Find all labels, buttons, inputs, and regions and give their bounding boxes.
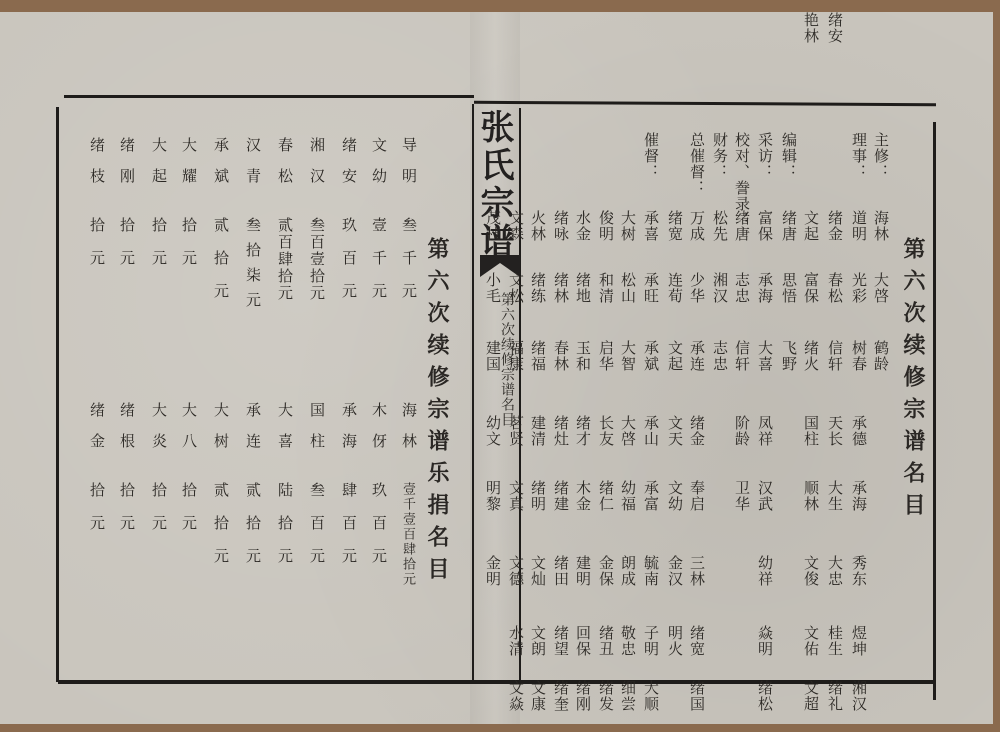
donor-name: 绪枝 (89, 137, 104, 199)
member-name: 富保 (757, 210, 772, 242)
donation-amount: 玖百元 (371, 482, 386, 581)
member-name: 绪地 (575, 272, 590, 304)
member-name: 绪宽 (689, 625, 704, 657)
member-name: 文朗 (530, 625, 545, 657)
member-name: 承连 (689, 340, 704, 372)
member-name: 子明 (643, 625, 658, 657)
donor-name: 国柱 (309, 402, 324, 464)
member-name: 金明 (485, 555, 500, 587)
member-name: 绪咏 (553, 210, 568, 242)
member-name: 福康 (508, 340, 523, 372)
member-name: 承德 (851, 415, 866, 447)
roster-column: 大树松山大智大啓幼福朗成敬忠细尝 (617, 12, 639, 712)
roster-column: 绪金春松信轩天长大生大忠桂生绪礼绪安 (824, 12, 846, 712)
member-name: 鹤龄 (873, 340, 888, 372)
member-name: 松先 (712, 210, 727, 242)
member-name: 大树 (620, 210, 635, 242)
member-name: 和清 (598, 272, 613, 304)
member-name: 松山 (620, 272, 635, 304)
member-name: 幼文 (485, 415, 500, 447)
member-name: 志忠 (712, 340, 727, 372)
member-name: 文焱 (508, 680, 523, 712)
member-name: 富保 (803, 272, 818, 304)
donation-amount: 拾元 (181, 217, 196, 283)
member-name: 绪望 (553, 625, 568, 657)
donor-name: 大耀 (181, 137, 196, 199)
member-name: 大啓 (620, 415, 635, 447)
member-name: 绪唐 (781, 210, 796, 242)
member-name: 水金 (575, 210, 590, 242)
member-name: 大生 (827, 480, 842, 512)
member-name: 文佑 (803, 625, 818, 657)
roster-column: 总催督：万成少华承连绪金奉启三林绪宽绪国 (686, 12, 708, 712)
member-name: 绪才 (575, 415, 590, 447)
donor-name: 大八 (181, 402, 196, 464)
member-name: 湘汉 (851, 680, 866, 712)
member-name: 文起 (667, 340, 682, 372)
right-page-heading: 第六次续修宗谱名目 (902, 237, 924, 525)
member-name: 长友 (598, 415, 613, 447)
donation-amount: 贰拾元 (245, 482, 260, 581)
member-name: 绪宽 (667, 210, 682, 242)
donor-name: 木伢 (371, 402, 386, 464)
donation-entry: 承连贰拾元 (242, 402, 264, 662)
member-name: 大啓 (873, 272, 888, 304)
member-name: 文灿 (530, 555, 545, 587)
donor-name: 导明 (401, 137, 416, 199)
member-name: 建国 (485, 340, 500, 372)
donation-amount: 肆百元 (341, 482, 356, 581)
member-name: 信轩 (734, 340, 749, 372)
role-label: 催督： (643, 132, 658, 180)
role-label: 理事： (851, 132, 866, 180)
donor-name: 绪安 (341, 137, 356, 199)
donation-entry: 承海肆百元 (338, 402, 360, 662)
donation-entry: 承斌贰拾元 (210, 137, 232, 397)
member-name: 春林 (553, 340, 568, 372)
member-name: 道明 (851, 210, 866, 242)
donor-name: 大树 (213, 402, 228, 464)
roster-column: 水金绪地玉和绪才木金建明回保绪刚 (572, 12, 594, 712)
donation-entry: 大耀拾元 (178, 137, 200, 397)
donation-entry: 大八拾元 (178, 402, 200, 662)
member-name: 绪练 (530, 272, 545, 304)
member-name: 绪火 (803, 340, 818, 372)
donation-amount: 叁拾柒元 (245, 217, 260, 317)
donor-name: 承连 (245, 402, 260, 464)
left-page-heading: 第六次续修宗谱乐捐名目 (426, 237, 448, 589)
member-name: 绪丑 (598, 625, 613, 657)
member-name: 水清 (508, 625, 523, 657)
top-border-left (64, 95, 474, 98)
member-name: 绪发 (598, 680, 613, 712)
member-name: 承富 (643, 480, 658, 512)
member-name: 煜坤 (851, 625, 866, 657)
roster-column: 火林绪练绪福建清绪明文灿文朗文康 (527, 12, 549, 712)
donor-name: 绪根 (119, 402, 134, 464)
member-name: 承喜 (643, 210, 658, 242)
member-name: 文康 (530, 680, 545, 712)
member-name: 奉启 (689, 480, 704, 512)
donation-amount: 叁千元 (401, 217, 416, 316)
donation-amount: 陆拾元 (277, 482, 292, 581)
member-name: 海林 (873, 210, 888, 242)
member-name: 文超 (803, 680, 818, 712)
member-name: 大喜 (757, 340, 772, 372)
donation-entry: 绪枝拾元 (86, 137, 108, 397)
member-name: 艳林 (803, 12, 818, 44)
donation-amount: 叁百壹拾元 (309, 217, 324, 302)
donor-name: 绪刚 (119, 137, 134, 199)
role-label: 采访： (757, 132, 772, 180)
donation-entry: 绪刚拾元 (116, 137, 138, 397)
member-name: 绪福 (530, 340, 545, 372)
member-name: 回保 (575, 625, 590, 657)
roster-column: 文起富保绪火国柱顺林文俊文佑文超艳林 (800, 12, 822, 712)
donor-name: 湘汉 (309, 137, 324, 199)
donor-name: 汉青 (245, 137, 260, 199)
donation-entry: 海林壹千壹百肆拾元 (398, 402, 420, 662)
donor-name: 承海 (341, 402, 356, 464)
donor-name: 大起 (151, 137, 166, 199)
donor-name: 文幼 (371, 137, 386, 199)
left-border (56, 107, 59, 682)
member-name: 茗贤 (508, 415, 523, 447)
member-name: 绪松 (757, 680, 772, 712)
roster-column: 文森文松福康茗贤文真文德水清文焱 (505, 12, 527, 712)
member-name: 大顺 (643, 680, 658, 712)
donor-name: 春松 (277, 137, 292, 199)
roster-column: 茂枝小毛建国幼文明黎金明 (482, 12, 504, 712)
member-name: 天长 (827, 415, 842, 447)
donation-amount: 拾元 (119, 482, 134, 548)
donor-name: 大喜 (277, 402, 292, 464)
donation-amount: 拾元 (119, 217, 134, 283)
role-label: 财务： (712, 132, 727, 180)
member-name: 绪礼 (827, 680, 842, 712)
donation-amount: 叁百元 (309, 482, 324, 581)
member-name: 绪金 (689, 415, 704, 447)
right-border (933, 122, 936, 700)
member-name: 飞野 (781, 340, 796, 372)
member-name: 小毛 (485, 272, 500, 304)
member-name: 细尝 (620, 680, 635, 712)
scanned-page-spread: 张氏宗谱 第六次续修宗谱名目 第六次续修宗谱名目 主修：海林大啓鹤龄理事：道明光… (0, 12, 993, 724)
member-name: 绪金 (827, 210, 842, 242)
member-name: 国柱 (803, 415, 818, 447)
roster-column: 理事：道明光彩树春承德承海秀东煜坤湘汉 (848, 12, 870, 712)
donation-amount: 玖百元 (341, 217, 356, 316)
member-name: 俊明 (598, 210, 613, 242)
role-label: 总催督： (689, 132, 704, 196)
member-name: 启华 (598, 340, 613, 372)
member-name: 文俊 (803, 555, 818, 587)
roster-column: 财务：松先湘汉志忠 (709, 12, 731, 712)
donor-name: 大炎 (151, 402, 166, 464)
member-name: 承海 (851, 480, 866, 512)
roster-column: 俊明和清启华长友绪仁金保绪丑绪发 (595, 12, 617, 712)
donation-amount: 拾元 (151, 482, 166, 548)
member-name: 木金 (575, 480, 590, 512)
member-name: 绪建 (553, 480, 568, 512)
member-name: 文德 (508, 555, 523, 587)
donation-entry: 大喜陆拾元 (274, 402, 296, 662)
roster-column: 绪咏绪林春林绪灶绪建绪田绪望绪奎 (550, 12, 572, 712)
member-name: 明火 (667, 625, 682, 657)
member-name: 阶龄 (734, 415, 749, 447)
member-name: 汉武 (757, 480, 772, 512)
member-name: 毓南 (643, 555, 658, 587)
member-name: 绪林 (553, 272, 568, 304)
donation-entry: 大起拾元 (148, 137, 170, 397)
member-name: 火林 (530, 210, 545, 242)
roster-column: 绪宽连荀文起文天文幼金汉明火 (664, 12, 686, 712)
member-name: 文起 (803, 210, 818, 242)
member-name: 顺林 (803, 480, 818, 512)
member-name: 建明 (575, 555, 590, 587)
member-name: 文森 (508, 210, 523, 242)
member-name: 承海 (757, 272, 772, 304)
member-name: 玉和 (575, 340, 590, 372)
member-name: 三林 (689, 555, 704, 587)
member-name: 绪田 (553, 555, 568, 587)
donation-entry: 绪根拾元 (116, 402, 138, 662)
member-name: 绪刚 (575, 680, 590, 712)
donation-amount: 贰拾元 (213, 217, 228, 316)
donation-entry: 文幼壹千元 (368, 137, 390, 397)
member-name: 信轩 (827, 340, 842, 372)
member-name: 光彩 (851, 272, 866, 304)
member-name: 绪奎 (553, 680, 568, 712)
member-name: 文天 (667, 415, 682, 447)
donation-amount: 壹千壹百肆拾元 (401, 482, 414, 587)
donation-entry: 导明叁千元 (398, 137, 420, 397)
member-name: 少华 (689, 272, 704, 304)
donor-name: 海林 (401, 402, 416, 464)
member-name: 茂枝 (485, 210, 500, 242)
member-name: 卫华 (734, 480, 749, 512)
donation-amount: 拾元 (181, 482, 196, 548)
donor-name: 绪金 (89, 402, 104, 464)
donation-entry: 大树贰拾元 (210, 402, 232, 662)
member-name: 桂生 (827, 625, 842, 657)
donation-entry: 汉青叁拾柒元 (242, 137, 264, 397)
donation-entry: 绪金拾元 (86, 402, 108, 662)
donation-entry: 绪安玖百元 (338, 137, 360, 397)
member-name: 金汉 (667, 555, 682, 587)
member-name: 明黎 (485, 480, 500, 512)
member-name: 幼祥 (757, 555, 772, 587)
roster-column: 编辑：绪唐思悟飞野 (778, 12, 800, 712)
roster-column: 校对、誊录：绪唐志忠信轩阶龄卫华 (731, 12, 753, 712)
member-name: 文幼 (667, 480, 682, 512)
member-name: 秀东 (851, 555, 866, 587)
donation-entry: 大炎拾元 (148, 402, 170, 662)
member-name: 金保 (598, 555, 613, 587)
role-label: 编辑： (781, 132, 796, 180)
donation-entry: 木伢玖百元 (368, 402, 390, 662)
member-name: 敬忠 (620, 625, 635, 657)
donation-amount: 贰拾元 (213, 482, 228, 581)
donation-entry: 春松贰百肆拾元 (274, 137, 296, 397)
donation-entry: 国柱叁百元 (306, 402, 328, 662)
role-label: 主修： (873, 132, 888, 180)
donation-amount: 拾元 (89, 482, 104, 548)
member-name: 绪仁 (598, 480, 613, 512)
member-name: 春松 (827, 272, 842, 304)
member-name: 承旺 (643, 272, 658, 304)
member-name: 朗成 (620, 555, 635, 587)
roster-column: 采访：富保承海大喜凤祥汉武幼祥焱明绪松 (754, 12, 776, 712)
member-name: 绪安 (827, 12, 842, 44)
member-name: 大忠 (827, 555, 842, 587)
member-name: 文真 (508, 480, 523, 512)
member-name: 幼福 (620, 480, 635, 512)
member-name: 焱明 (757, 625, 772, 657)
member-name: 连荀 (667, 272, 682, 304)
donation-amount: 贰百肆拾元 (277, 217, 292, 302)
member-name: 思悟 (781, 272, 796, 304)
donation-entry: 湘汉叁百壹拾元 (306, 137, 328, 397)
member-name: 承山 (643, 415, 658, 447)
donation-amount: 拾元 (151, 217, 166, 283)
member-name: 文松 (508, 272, 523, 304)
member-name: 绪明 (530, 480, 545, 512)
member-name: 承斌 (643, 340, 658, 372)
member-name: 湘汉 (712, 272, 727, 304)
donation-amount: 壹千元 (371, 217, 386, 316)
member-name: 绪唐 (734, 210, 749, 242)
roster-column: 催督：承喜承旺承斌承山承富毓南子明大顺 (640, 12, 662, 712)
member-name: 树春 (851, 340, 866, 372)
member-name: 凤祥 (757, 415, 772, 447)
member-name: 建清 (530, 415, 545, 447)
member-name: 志忠 (734, 272, 749, 304)
donor-name: 承斌 (213, 137, 228, 199)
roster-column: 主修：海林大啓鹤龄 (870, 12, 892, 712)
donation-amount: 拾元 (89, 217, 104, 283)
member-name: 大智 (620, 340, 635, 372)
member-name: 绪国 (689, 680, 704, 712)
member-name: 绪灶 (553, 415, 568, 447)
member-name: 万成 (689, 210, 704, 242)
